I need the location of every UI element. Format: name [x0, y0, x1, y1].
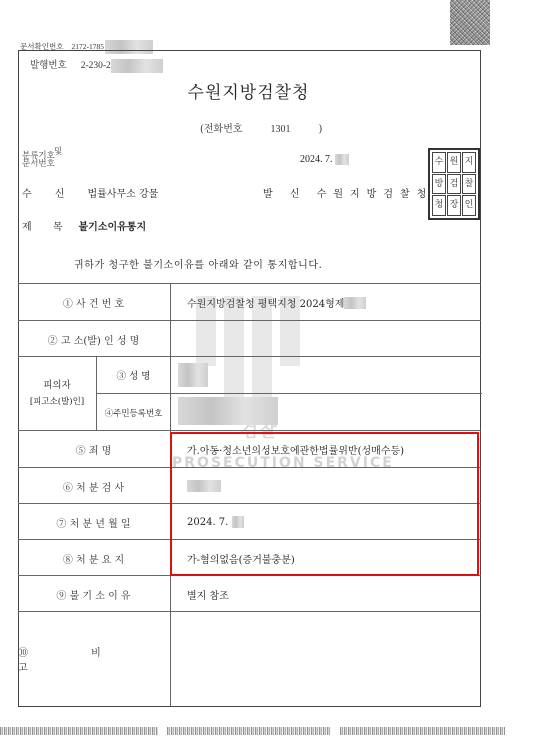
seal-char: 청: [432, 195, 446, 216]
official-seal-stamp: 수 원 지 방 검 찰 청 장 인: [428, 148, 480, 220]
remarks-label: ⑩ 비 고: [18, 612, 169, 706]
suspect-values: [170, 357, 482, 431]
suspect-name-label: ③ 성 명: [97, 357, 170, 393]
footer-barcode: [0, 727, 158, 735]
reason-label: ⑨ 불 기 소 이 유: [18, 576, 169, 612]
disposition-summary-label: ⑧ 처 분 요 지: [18, 540, 169, 576]
issue-label: 발행번호: [30, 60, 67, 71]
seal-char: 검: [447, 174, 461, 195]
recipient-line: 수 신법률사무소 강물: [22, 185, 158, 200]
charge-label: ⑤ 죄 명: [18, 431, 169, 468]
redaction: [111, 59, 163, 73]
suspect-id-label: ④주민등록번호: [97, 393, 170, 432]
footer-barcode: [167, 727, 330, 735]
seal-char: 장: [447, 195, 461, 216]
classification-and: 및: [54, 148, 62, 156]
phone-number: (전화번호1301): [200, 120, 322, 135]
redaction: [178, 397, 278, 425]
classification-line2: 문서번호: [22, 160, 55, 168]
prosecutor-label: ⑥ 처 분 검 사: [18, 468, 169, 504]
issue-number: 발행번호2-230-2: [30, 57, 163, 73]
suspect-group-label: 피의자 [피고소(발)인]: [18, 357, 97, 431]
phone-value: 1301: [271, 124, 291, 135]
issue-value: 2-230-2: [81, 61, 111, 71]
seal-char: 수: [432, 152, 446, 173]
seal-char: 원: [447, 152, 461, 173]
sender-label: 발 신: [263, 189, 307, 200]
complainant-value: [170, 321, 481, 357]
redaction: [335, 154, 349, 165]
date-value: 2024. 7.: [300, 154, 333, 165]
reason-value: 별지 참조: [170, 576, 481, 612]
table-row-reason: ⑨ 불 기 소 이 유 별지 참조: [18, 575, 481, 612]
phone-close: ): [319, 124, 323, 135]
case-number-value: 수원지방검찰청 평택지청 2024형제: [170, 284, 481, 321]
table-row-remarks: ⑩ 비 고: [18, 611, 481, 706]
suspect-sublabel: [피고소(발)인]: [30, 394, 84, 410]
classification-label: 분류기호 문서번호 및: [22, 152, 55, 168]
table-row-suspect: 피의자 [피고소(발)인] ③ 성 명 ④주민등록번호: [18, 356, 481, 431]
seal-char: 인: [462, 195, 476, 216]
table-row-complainant: ② 고 소(발) 인 성 명: [18, 320, 481, 357]
notice-text: 귀하가 청구한 불기소이유를 아래와 같이 통지합니다.: [74, 256, 322, 271]
case-number-label: ① 사 건 번 호: [18, 284, 169, 321]
qr-code: [450, 0, 490, 45]
seal-char: 지: [462, 152, 476, 173]
phone-label: (전화번호: [200, 124, 243, 135]
redaction: [344, 297, 366, 309]
recipient-value: 법률사무소 강물: [88, 189, 159, 200]
sender-value: 수원지방검찰청: [317, 189, 434, 200]
redaction: [178, 363, 208, 387]
subject-line: 제 목불기소이유통지: [22, 218, 146, 233]
subject-label: 제 목: [22, 222, 63, 233]
table-row-case-number: ① 사 건 번 호 수원지방검찰청 평택지청 2024형제: [18, 283, 481, 321]
subject-value: 불기소이유통지: [79, 222, 147, 233]
sender-line: 발 신 수원지방검찰청: [263, 185, 433, 200]
remarks-value: [170, 612, 481, 706]
seal-char: 찰: [462, 174, 476, 195]
agency-title: 수원지방검찰청: [0, 78, 497, 103]
recipient-label: 수 신: [22, 189, 66, 200]
footer-barcode: [340, 727, 505, 735]
document-date: 2024. 7.: [300, 154, 349, 165]
seal-char: 방: [432, 174, 446, 195]
suspect-label: 피의자: [43, 378, 71, 394]
case-number-text: 수원지방검찰청 평택지청 2024형제: [187, 295, 344, 310]
suspect-id-value: [178, 397, 278, 425]
complainant-label: ② 고 소(발) 인 성 명: [18, 321, 169, 357]
suspect-name-value: [178, 363, 208, 387]
disposition-date-label: ⑦ 처 분 년 월 일: [18, 504, 169, 540]
highlight-box: [170, 432, 479, 576]
